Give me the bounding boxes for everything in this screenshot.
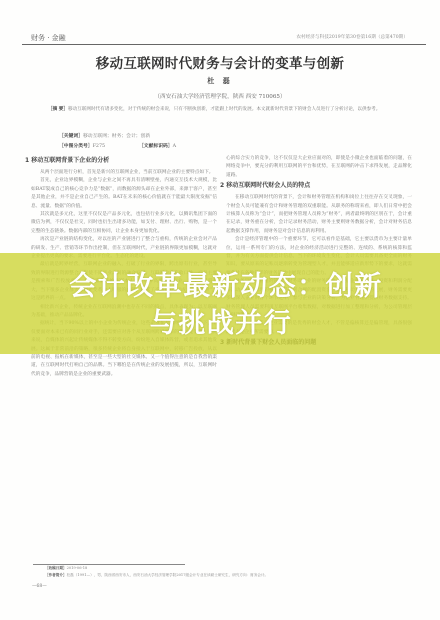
footnote-received: ［收稿日期］2019-06-18	[45, 566, 87, 571]
bio-label: ［作者简介］	[45, 573, 67, 577]
document-code-label: ［文献标识码］	[139, 144, 173, 149]
bio-text: 杜磊（1991—），男，陕西省西安市人，西安石油大学经济管理学院2017级会计专…	[67, 573, 269, 577]
document-page: 财务 · 金融 农村经济与科技2019年第30卷第16期（总第470期） 移动互…	[0, 0, 440, 620]
body-paragraph: 首先，企业边界模糊，企业与企业之间不再具有清晰壁垒，内通交互技术大规模，比如BA…	[31, 177, 217, 211]
body-paragraph: 从两个层面进行分析，首先是新兴的互联网企业，当前互联网企业的主要特点如下。	[31, 169, 217, 177]
section-heading-1: 1 移动互联网背景下企业的分析	[25, 156, 217, 166]
banner-headline-line-1: 会计改革最新动态：创新	[12, 264, 440, 303]
classification: ［中图分类号］F275 ［文献标识码］A	[59, 142, 105, 149]
document-code-value: A	[173, 144, 176, 149]
banner-headline-line-2: 与挑战并行	[2, 301, 440, 340]
footnote-author-bio: ［作者简介］杜磊（1991—），男，陕西省西安市人，西安石油大学经济管理学院20…	[45, 573, 268, 578]
abstract: ［摘 要］移动互联网时代有诸多变化，对于传统的财会来说，只有不断执创新，才能跟上…	[48, 106, 396, 115]
body-paragraph: 在移动互联网时代的背景下，会计和财务管理在机构和岗位上往往存在交叉现象，一个财会…	[226, 194, 412, 236]
classification-label: ［中图分类号］	[59, 144, 93, 149]
footnote-divider	[33, 564, 185, 565]
body-paragraph: 其次就是多元化，这里不仅仅是产品多元化，也包括行业多元化，以腾讯集团下面的微信为…	[31, 211, 217, 236]
abstract-label: ［摘 要］	[48, 107, 68, 112]
received-label: ［收稿日期］	[45, 566, 67, 570]
journal-citation: 农村经济与科技2019年第30卷第16期（总第470期）	[296, 34, 408, 40]
received-date: 2019-06-18	[67, 566, 88, 570]
header-divider	[22, 44, 426, 45]
classification-code: F275	[93, 144, 105, 149]
keywords: ［关键词］移动互联网；财务；会计；创新	[59, 132, 150, 139]
abstract-text: 移动互联网时代有诸多变化，对于传统的财会来说，只有不断执创新，才能跟上时代的发展…	[68, 107, 380, 112]
article-title: 移动互联网时代财务与会计的变革与创新	[0, 52, 440, 72]
body-paragraph: 心的综合实力的竞争，这不仅仅是大企业应面对的，即使是小微企业也面临着的问题，在网…	[226, 155, 412, 180]
section-label: 财务 · 金融	[31, 33, 66, 43]
author-affiliation: （西安石油大学经济管理学院，陕西 西安 710065）	[0, 92, 440, 100]
document-code: ［文献标识码］A	[139, 142, 176, 149]
page-number: —68—	[32, 584, 47, 589]
keywords-label: ［关键词］	[59, 134, 83, 139]
article-author: 杜 磊	[0, 76, 440, 86]
keywords-text: 移动互联网；财务；会计；创新	[83, 134, 150, 139]
section-heading-2: 2 移动互联网时代财会人员的特点	[220, 181, 412, 191]
